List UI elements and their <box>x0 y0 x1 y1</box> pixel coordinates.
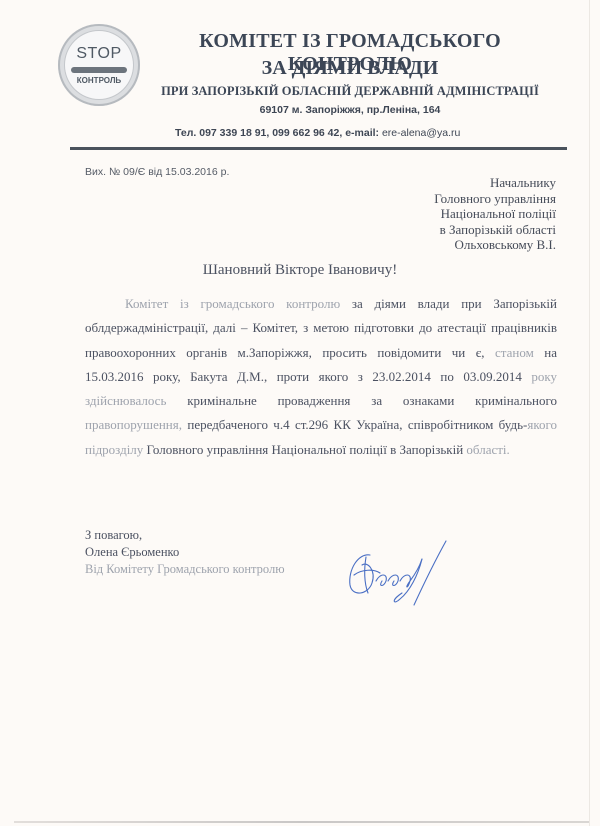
letterhead-contacts: Тел. 097 339 18 91, 099 662 96 42, e-mai… <box>175 127 460 139</box>
addressee-line: Ольховському В.І. <box>434 237 556 253</box>
signatory-organization: Від Комітету Громадського контролю <box>85 561 285 578</box>
addressee-block: Начальнику Головного управління Націонал… <box>434 175 556 253</box>
closing-block: З повагою, Олена Єрьоменко Від Комітету … <box>85 527 285 578</box>
stop-kontrol-logo: STOP КОНТРОЛЬ <box>58 24 140 106</box>
logo-bar <box>71 67 127 73</box>
letter-body: Комітет із громадського контролю за діям… <box>85 292 557 462</box>
letterhead-subtitle: ЗА ДІЯМИ ВЛАДИ <box>140 57 560 80</box>
page-edge <box>589 0 590 826</box>
body-segment: передбаченого ч.4 ст.296 КК Україна, спі… <box>182 417 527 432</box>
addressee-line: Головного управління <box>434 191 556 207</box>
body-segment: кримінальне провадження за ознаками крим… <box>166 393 557 408</box>
addressee-line: Начальнику <box>434 175 556 191</box>
logo-stop-text: STOP <box>65 45 133 63</box>
salutation: Шановний Вікторе Івановичу! <box>0 262 600 279</box>
signatory-name: Олена Єрьоменко <box>85 544 285 561</box>
page-edge-bottom <box>14 821 589 823</box>
email-link[interactable]: ere-alena@ya.ru <box>382 127 460 139</box>
body-segment: правопорушення, <box>85 417 182 432</box>
body-segment: області. <box>466 442 509 457</box>
header-divider <box>70 147 567 150</box>
phones: Тел. 097 339 18 91, 099 662 96 42, e-mai… <box>175 127 379 139</box>
logo-kontrol-text: КОНТРОЛЬ <box>65 76 133 85</box>
stop-sign-icon: STOP КОНТРОЛЬ <box>65 31 133 99</box>
body-segment: станом <box>495 345 534 360</box>
addressee-line: Національної поліції <box>434 206 556 222</box>
signature-icon <box>340 535 470 610</box>
body-segment: Комітет із громадського контролю <box>125 296 340 311</box>
body-segment: Головного управління Національної поліці… <box>143 442 466 457</box>
letterhead-affiliation: ПРИ ЗАПОРІЗЬКІЙ ОБЛАСНІЙ ДЕРЖАВНІЙ АДМІН… <box>140 84 560 99</box>
outgoing-number: Вих. № 09/Є від 15.03.2016 р. <box>85 166 229 178</box>
closing-regards: З повагою, <box>85 527 285 544</box>
letterhead-address: 69107 м. Запоріжжя, пр.Леніна, 164 <box>140 104 560 116</box>
addressee-line: в Запорізькій області <box>434 222 556 238</box>
